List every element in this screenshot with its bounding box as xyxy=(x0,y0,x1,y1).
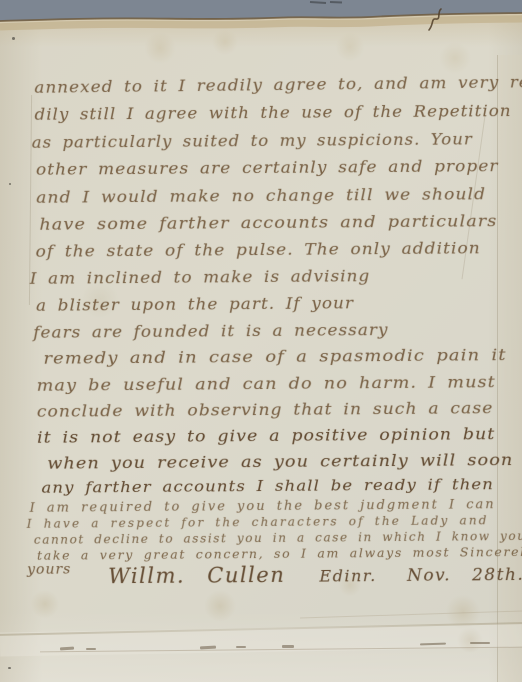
manuscript-line: other measures are certainly safe and pr… xyxy=(36,156,499,179)
manuscript-scan: annexed to it I readily agree to, and am… xyxy=(0,0,522,682)
manuscript-line: annexed to it I readily agree to, and am… xyxy=(34,72,522,97)
manuscript-line: as particularly suited to my suspicions.… xyxy=(32,129,473,151)
manuscript-line: a blister upon the part. If your xyxy=(36,293,354,314)
manuscript-line: of the state of the pulse. The only addi… xyxy=(36,238,481,260)
manuscript-line: dily still I agree with the use of the R… xyxy=(34,101,511,124)
signature-date: Nov. 28th. 1785 xyxy=(407,564,522,585)
manuscript-line: any farther accounts I shall be ready if… xyxy=(41,475,494,497)
manuscript-line: conclude with observing that in such a c… xyxy=(37,398,494,421)
signature-line: Willm. Cullen Edinr. Nov. 28th. 1785 xyxy=(108,560,522,588)
manuscript-line: it is not easy to give a positive opinio… xyxy=(37,424,495,447)
manuscript-line: and I would make no change till we shoul… xyxy=(36,184,486,207)
manuscript-line: I am inclined to make is advising xyxy=(30,266,371,288)
manuscript-line: remedy and in case of a spasmodic pain i… xyxy=(43,345,506,368)
signature-place: Edinr. xyxy=(319,566,376,585)
manuscript-line: when you receive as you certainly will s… xyxy=(47,450,513,473)
manuscript-text: annexed to it I readily agree to, and am… xyxy=(0,0,522,682)
signature-name: Willm. Cullen xyxy=(108,563,285,588)
manuscript-line: may be useful and can do no harm. I must xyxy=(37,372,496,395)
manuscript-line: have some farther accounts and particula… xyxy=(39,211,497,234)
manuscript-line: fears are founded it is a necessary xyxy=(33,320,388,342)
manuscript-line: I have a respect for the characters of t… xyxy=(27,513,489,531)
manuscript-line: take a very great concern, so I am alway… xyxy=(37,544,522,563)
closing-word: yours xyxy=(27,561,71,577)
